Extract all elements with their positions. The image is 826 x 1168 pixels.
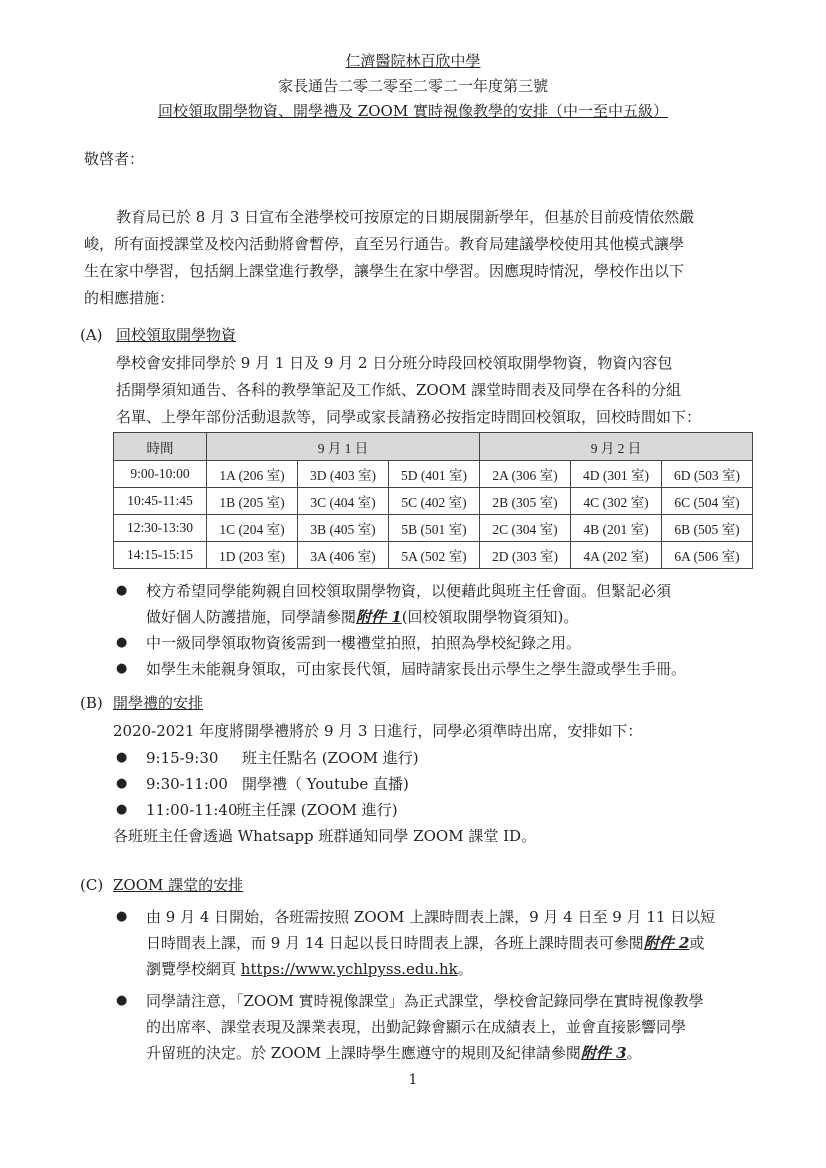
text: (回校領取開學物資須知)。 xyxy=(402,608,579,626)
header-sep-2: 9 月 2 日 xyxy=(480,433,753,461)
school-name: 仁濟醫院林百欣中學 xyxy=(0,50,826,71)
intro-line-2: 峻，所有面授課堂及校內活動將會暫停，直至另行通告。教育局建議學校使用其他模式讓學 xyxy=(84,231,684,257)
bullet-icon: ● xyxy=(116,750,127,765)
time-cell: 10:45-11:45 xyxy=(114,488,207,515)
section-c-bullet-2-line-2: 的出席率、課堂表現及課業表現，出勤記錄會顯示在成績表上，並會直接影響同學 xyxy=(146,1014,686,1040)
bullet-icon: ● xyxy=(116,909,127,924)
class-cell: 3B (405 室) xyxy=(298,515,389,542)
class-cell: 3D (403 室) xyxy=(298,461,389,488)
section-b-intro: 2020-2021 年度將開學禮將於 9 月 3 日進行，同學必須準時出席，安排… xyxy=(113,718,642,744)
class-cell: 6D (503 室) xyxy=(662,461,753,488)
section-c-bullet-1-line-2: 日時間表上課，而 9 月 14 日起以長日時間表上課，各班上課時間表可參閱附件 … xyxy=(146,930,704,956)
notice-subject: 回校領取開學物資、開學禮及 ZOOM 實時視像教學的安排（中一至中五級） xyxy=(0,100,826,121)
schedule-item: 班主任點名 (ZOOM 進行) xyxy=(242,745,419,771)
annex-3-reference: 附件 3 xyxy=(581,1044,627,1062)
section-c-bullet-1-line-1: 由 9 月 4 日開始，各班需按照 ZOOM 上課時間表上課，9 月 4 日至 … xyxy=(146,904,715,930)
schedule-time: 11:00-11:40 xyxy=(146,797,238,823)
annex-2-reference: 附件 2 xyxy=(644,934,690,952)
time-cell: 9:00-10:00 xyxy=(114,461,207,488)
section-a-title: 回校領取開學物資 xyxy=(116,322,236,348)
table-row: 10:45-11:45 1B (205 室) 3C (404 室) 5C (40… xyxy=(114,488,753,515)
schedule-time: 9:15-9:30 xyxy=(146,745,218,771)
header-sep-1: 9 月 1 日 xyxy=(207,433,480,461)
class-cell: 2B (305 室) xyxy=(480,488,571,515)
class-cell: 6B (505 室) xyxy=(662,515,753,542)
time-cell: 12:30-13:30 xyxy=(114,515,207,542)
class-cell: 6C (504 室) xyxy=(662,488,753,515)
class-cell: 5C (402 室) xyxy=(389,488,480,515)
class-cell: 3C (404 室) xyxy=(298,488,389,515)
section-b-title: 開學禮的安排 xyxy=(113,690,203,716)
section-a-bullet-3: 如學生未能親身領取，可由家長代領，屆時請家長出示學生之學生證或學生手冊。 xyxy=(146,656,686,682)
text: 瀏覽學校網頁 xyxy=(146,960,241,978)
notice-page: 仁濟醫院林百欣中學 家長通告二零二零至二零二一年度第三號 回校領取開學物資、開學… xyxy=(0,0,826,1168)
bullet-icon: ● xyxy=(116,993,127,1008)
text: 。 xyxy=(458,960,473,978)
class-cell: 1C (204 室) xyxy=(207,515,298,542)
bullet-icon: ● xyxy=(116,776,127,791)
salutation: 敬啓者： xyxy=(84,146,144,172)
class-cell: 5A (502 室) xyxy=(389,542,480,569)
text: 或 xyxy=(689,934,704,952)
intro-line-3: 生在家中學習，包括網上課堂進行教學，讓學生在家中學習。因應現時情況，學校作出以下 xyxy=(84,258,684,284)
intro-line-1: 教育局已於 8 月 3 日宣布全港學校可按原定的日期展開新學年，但基於目前疫情依… xyxy=(116,204,694,230)
bullet-icon: ● xyxy=(116,635,127,650)
schedule-item: 班主任課 (ZOOM 進行) xyxy=(236,797,398,823)
class-cell: 4B (201 室) xyxy=(571,515,662,542)
class-cell: 3A (406 室) xyxy=(298,542,389,569)
section-c-bullet-2-line-3: 升留班的決定。於 ZOOM 上課時學生應遵守的規則及紀律請參閱附件 3。 xyxy=(146,1040,642,1066)
section-b-footer: 各班班主任會透過 Whatsapp 班群通知同學 ZOOM 課堂 ID。 xyxy=(113,823,536,849)
section-a-line-3: 名單、上學年部份活動退款等，同學或家長請務必按指定時間回校領取，回校時間如下： xyxy=(116,404,701,430)
intro-line-4: 的相應措施： xyxy=(84,285,174,311)
class-cell: 2A (306 室) xyxy=(480,461,571,488)
class-cell: 6A (506 室) xyxy=(662,542,753,569)
text: 做好個人防護措施，同學請參閱 xyxy=(146,608,356,626)
class-cell: 4D (301 室) xyxy=(571,461,662,488)
table-row: 9:00-10:00 1A (206 室) 3D (403 室) 5D (401… xyxy=(114,461,753,488)
class-cell: 4C (302 室) xyxy=(571,488,662,515)
class-cell: 1D (203 室) xyxy=(207,542,298,569)
class-cell: 2D (303 室) xyxy=(480,542,571,569)
section-c-label: (C) xyxy=(80,872,103,898)
schedule-time: 9:30-11:00 xyxy=(146,771,228,797)
section-b-label: (B) xyxy=(80,690,103,716)
collection-schedule-table: 時間 9 月 1 日 9 月 2 日 9:00-10:00 1A (206 室)… xyxy=(113,432,753,569)
page-number: 1 xyxy=(0,1072,826,1088)
section-c-title: ZOOM 課堂的安排 xyxy=(113,872,243,898)
class-cell: 4A (202 室) xyxy=(571,542,662,569)
school-website-link[interactable]: https://www.ychlpyss.edu.hk xyxy=(241,960,458,978)
schedule-item: 開學禮（ Youtube 直播) xyxy=(242,771,409,797)
bullet-icon: ● xyxy=(116,661,127,676)
section-a-bullet-1-line-1: 校方希望同學能夠親自回校領取開學物資，以便藉此與班主任會面。但緊記必須 xyxy=(146,578,671,604)
time-cell: 14:15-15:15 xyxy=(114,542,207,569)
annex-1-reference: 附件 1 xyxy=(356,608,402,626)
section-c-bullet-2-line-1: 同學請注意，「ZOOM 實時視像課堂」為正式課堂，學校會記錄同學在實時視像教學 xyxy=(146,988,704,1014)
section-a-line-2: 括開學須知通告、各科的教學筆記及工作紙、ZOOM 課堂時間表及同學在各科的分組 xyxy=(116,377,681,403)
class-cell: 1A (206 室) xyxy=(207,461,298,488)
section-a-label: (A) xyxy=(80,322,103,348)
table-row: 14:15-15:15 1D (203 室) 3A (406 室) 5A (50… xyxy=(114,542,753,569)
table-header-row: 時間 9 月 1 日 9 月 2 日 xyxy=(114,433,753,461)
section-a-bullet-1-line-2: 做好個人防護措施，同學請參閱附件 1(回校領取開學物資須知)。 xyxy=(146,604,578,630)
bullet-icon: ● xyxy=(116,583,127,598)
section-a-bullet-2: 中一級同學領取物資後需到一樓禮堂拍照，拍照為學校紀錄之用。 xyxy=(146,630,581,656)
header-time: 時間 xyxy=(114,433,207,461)
table-row: 12:30-13:30 1C (204 室) 3B (405 室) 5B (50… xyxy=(114,515,753,542)
notice-number: 家長通告二零二零至二零二一年度第三號 xyxy=(0,75,826,96)
class-cell: 1B (205 室) xyxy=(207,488,298,515)
class-cell: 5B (501 室) xyxy=(389,515,480,542)
bullet-icon: ● xyxy=(116,802,127,817)
class-cell: 5D (401 室) xyxy=(389,461,480,488)
text: 升留班的決定。於 ZOOM 上課時學生應遵守的規則及紀律請參閱 xyxy=(146,1044,581,1062)
section-c-bullet-1-line-3: 瀏覽學校網頁 https://www.ychlpyss.edu.hk。 xyxy=(146,956,473,982)
text: 日時間表上課，而 9 月 14 日起以長日時間表上課，各班上課時間表可參閱 xyxy=(146,934,644,952)
section-a-line-1: 學校會安排同學於 9 月 1 日及 9 月 2 日分班分時段回校領取開學物資，物… xyxy=(116,350,672,376)
text: 。 xyxy=(627,1044,642,1062)
class-cell: 2C (304 室) xyxy=(480,515,571,542)
